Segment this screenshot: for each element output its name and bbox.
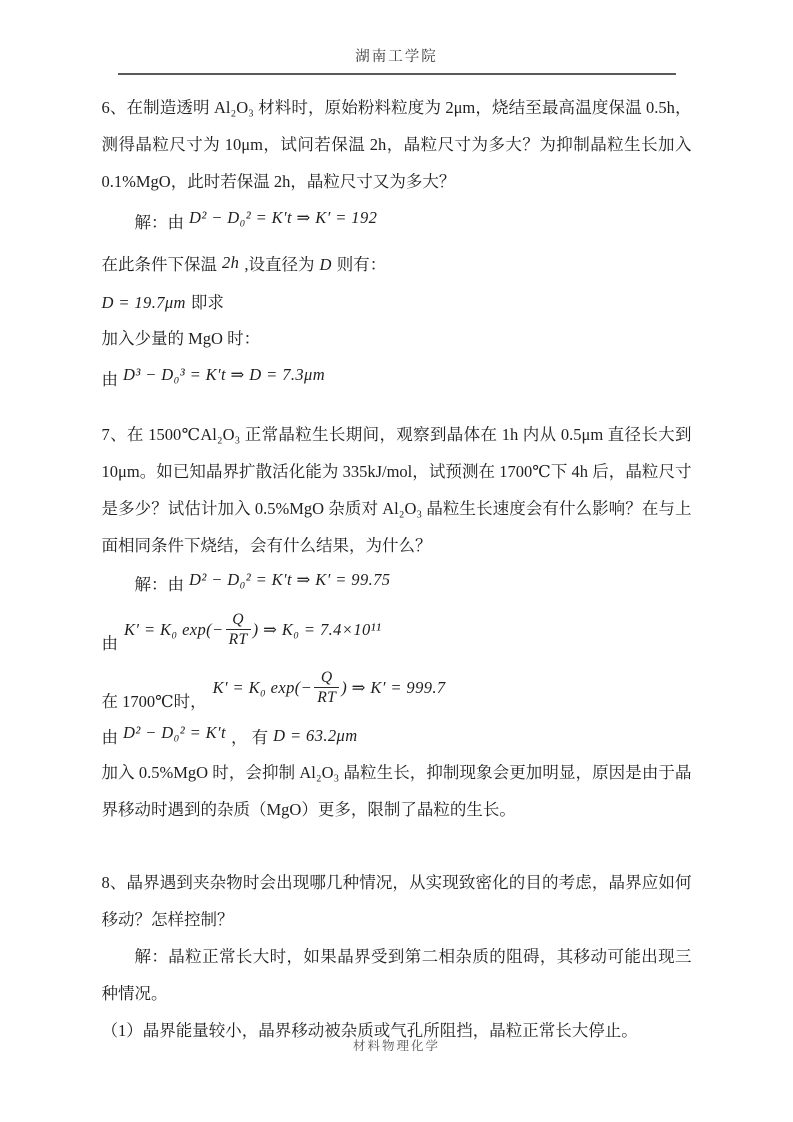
q7-solution-line-2: 由 K′ = K₀ exp(− Q RT ) ⇒ K₀ = 7.4×10¹¹: [102, 601, 692, 659]
q7-sol4-label: 由: [102, 728, 119, 747]
q7-sol3-fraction: Q RT: [314, 669, 339, 707]
q7-sol3-fraction-denominator: RT: [314, 687, 339, 707]
footer-course-name: 材料物理化学: [353, 1039, 440, 1053]
q7-sol3-formula-left: K′ = K₀ exp(−: [213, 678, 313, 698]
q7-solution-line-3: 在 1700℃时， K′ = K₀ exp(− Q RT ) ⇒ K′ = 99…: [102, 659, 692, 717]
q7-sol3-label: 在 1700℃时，: [102, 689, 207, 717]
q6-solution-line-2: 在此条件下保温2h,设直径为D则有：: [102, 247, 692, 281]
q7-sol4-formula-1: D² − D₀² = K′t: [123, 723, 226, 742]
q6-solution-line-4: 加入少量的 MgO 时：: [102, 323, 692, 355]
q6-sol2-text-3: 则有：: [337, 255, 387, 274]
q6-solution-line-5: 由D³ − D₀³ = K′t ⇒ D = 7.3μm: [102, 359, 692, 396]
q7-sol1-formula: D² − D₀² = K′t ⇒ K′ = 99.75: [189, 570, 390, 589]
q7-sol2-formula-right: ) ⇒ K₀ = 7.4×10¹¹: [253, 620, 382, 640]
q7-sol3-fraction-numerator: Q: [318, 669, 336, 687]
q7-solution-line-4: 由D² − D₀² = K′t， 有D = 63.2μm: [102, 717, 692, 754]
q6-sol5-label: 由: [102, 370, 119, 389]
page-header: 湖南工学院: [0, 0, 793, 75]
q6-sol4-text: 加入少量的 MgO 时：: [102, 329, 261, 348]
question-7-text: 7、在 1500℃Al₂O₃ 正常晶粒生长期间，观察到晶体在 1h 内从 0.5…: [102, 416, 692, 564]
q6-sol3-formula: D = 19.7μm: [102, 293, 186, 312]
q7-sol2-fraction-denominator: RT: [226, 629, 251, 649]
q7-sol3-formula-right: ) ⇒ K′ = 999.7: [341, 678, 445, 698]
q7-discussion-text: 加入 0.5%MgO 时，会抑制 Al₂O₃ 晶粒生长，抑制现象会更加明显，原因…: [102, 754, 692, 828]
q6-sol3-text: 即求: [191, 293, 224, 312]
q6-sol2-text-2: ,设直径为: [244, 255, 314, 274]
q6-sol2-text-1: 在此条件下保温: [102, 255, 218, 274]
q6-sol1-label: 解：由: [135, 213, 185, 232]
question-6-text: 6、在制造透明 Al₂O₃ 材料时，原始粉料粒度为 2μm，烧结至最高温度保温 …: [102, 89, 692, 200]
document-body: 6、在制造透明 Al₂O₃ 材料时，原始粉料粒度为 2μm，烧结至最高温度保温 …: [102, 89, 692, 1049]
question-8-text: 8、晶界遇到夹杂物时会出现哪几种情况，从实现致密化的目的考虑，晶界应如何移动？怎…: [102, 864, 692, 938]
q6-sol1-formula: D² − D₀² = K′t ⇒ K′ = 192: [189, 208, 377, 227]
q8-solution-paragraph: 解：晶粒正常长大时，如果晶界受到第二相杂质的阻碍，其移动可能出现三种情况。: [102, 938, 692, 1012]
q7-sol3-formula: K′ = K₀ exp(− Q RT ) ⇒ K′ = 999.7: [213, 669, 446, 707]
q7-sol2-fraction-numerator: Q: [229, 611, 247, 629]
q7-sol2-label: 由: [102, 631, 119, 659]
q7-sol4-formula-2: D = 63.2μm: [273, 726, 357, 745]
q7-sol2-fraction: Q RT: [226, 611, 251, 649]
q7-sol1-label: 解：由: [135, 575, 185, 594]
q6-solution-line-1: 解：由D² − D₀² = K′t ⇒ K′ = 192: [102, 202, 692, 239]
q7-solution-line-1: 解：由D² − D₀² = K′t ⇒ K′ = 99.75: [102, 564, 692, 601]
q7-sol2-formula: K′ = K₀ exp(− Q RT ) ⇒ K₀ = 7.4×10¹¹: [124, 611, 381, 649]
document-page: 湖南工学院 6、在制造透明 Al₂O₃ 材料时，原始粉料粒度为 2μm，烧结至最…: [0, 0, 793, 1122]
q6-sol2-formula-2: D: [319, 255, 331, 274]
header-school-name: 湖南工学院: [0, 48, 793, 66]
q7-sol2-formula-left: K′ = K₀ exp(−: [124, 620, 224, 640]
page-footer: 材料物理化学: [0, 1036, 793, 1054]
q6-sol5-formula: D³ − D₀³ = K′t ⇒ D = 7.3μm: [123, 365, 325, 384]
q7-sol4-mid-text: ， 有: [231, 728, 268, 747]
header-rule: [118, 73, 676, 75]
q6-solution-line-3: D = 19.7μm即求: [102, 287, 692, 319]
q6-sol2-formula-1: 2h: [222, 253, 239, 272]
